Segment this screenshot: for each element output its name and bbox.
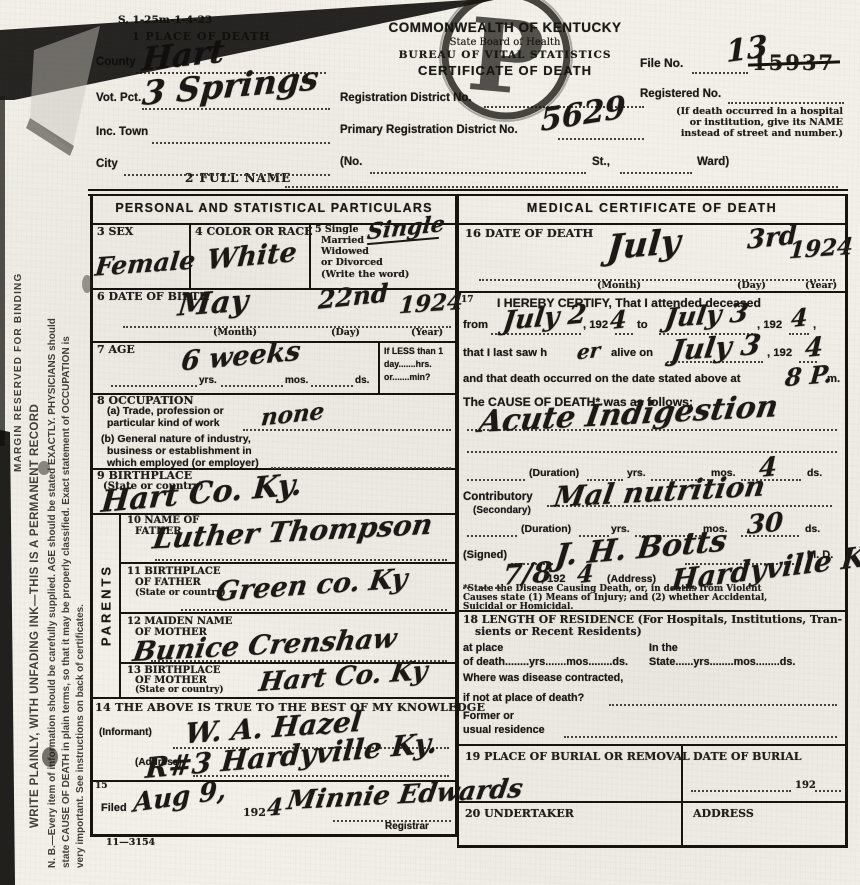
- bureau-subtitle: BUREAU OF VITAL STATISTICS: [352, 49, 658, 61]
- attended-to-year: 4: [791, 302, 809, 333]
- dotted-line: [155, 557, 447, 561]
- if-less-line2: day.......hrs.: [384, 359, 432, 369]
- filed-number: 15: [95, 781, 108, 791]
- occupation-a-line1: (a) Trade, profession or: [107, 405, 224, 417]
- dob-year-caption: (Year): [411, 327, 443, 338]
- date-of-birth-row: 6 DATE OF BIRTH (Month) (Day) (Year) May…: [93, 288, 455, 343]
- dotted-line: [815, 788, 841, 792]
- from-label: from: [463, 319, 488, 331]
- age-mos-label: mos.: [285, 375, 308, 386]
- in-the-label: In the: [649, 642, 678, 654]
- dod-label: 16 DATE OF DEATH: [465, 226, 593, 240]
- sex-value: Female: [94, 245, 197, 281]
- occupation-b-line2: business or establishment in: [107, 445, 252, 457]
- burial-date-label: DATE OF BURIAL: [693, 750, 802, 763]
- left-scan-edge-lower: [0, 430, 15, 885]
- secondary-label: (Secondary): [473, 505, 531, 516]
- dod-year-value: 1924: [788, 233, 854, 265]
- residence-label-line2: sients or Recent Residents): [475, 625, 642, 638]
- table-top-rule: [88, 189, 848, 196]
- death-occurred-label: and that death occurred on the date stat…: [463, 373, 740, 385]
- dob-month-value: May: [176, 283, 250, 323]
- sex-label: 3 SEX: [97, 225, 133, 238]
- registered-no-label: Registered No.: [640, 88, 721, 100]
- date-of-death-row: 16 DATE OF DEATH (Month) (Day) (Year) Ju…: [459, 223, 845, 293]
- left-scan-edge: [0, 96, 5, 446]
- undertaker-address-label: ADDRESS: [693, 807, 754, 820]
- margin-nb-line2: state CAUSE OF DEATH in plain terms, so …: [61, 336, 72, 868]
- ward-label: Ward): [697, 156, 729, 168]
- father-bp-label-line1: 11 BIRTHPLACE: [127, 566, 220, 577]
- state-units-line: State......yrs........mos........ds.: [649, 656, 795, 668]
- dotted-line: [311, 383, 353, 387]
- burial-date-cell: DATE OF BURIAL 192: [681, 744, 847, 801]
- dotted-line: [124, 172, 330, 176]
- mother-label-line1: 12 MAIDEN NAME: [127, 616, 232, 627]
- vot-pct-label: Vot. Pct.: [96, 92, 141, 104]
- parents-vertical-label: PARENTS: [99, 564, 114, 646]
- birthplace-row: 9 BIRTHPLACE (State or country) Hart Co.…: [93, 468, 455, 515]
- form-number: 11—3154: [106, 837, 155, 848]
- last-saw-label: that I last saw h: [463, 347, 547, 359]
- duration2-days-value: 30: [746, 507, 784, 540]
- race-value: White: [206, 237, 298, 276]
- where-contracted-label: Where was disease contracted,: [463, 672, 623, 684]
- burial-192: 192: [795, 780, 816, 791]
- personal-column: PERSONAL AND STATISTICAL PARTICULARS 3 S…: [90, 196, 457, 837]
- county-label: County: [96, 56, 136, 68]
- dotted-line: [467, 449, 837, 453]
- dotted-line: [111, 383, 197, 387]
- personal-title: PERSONAL AND STATISTICAL PARTICULARS: [93, 201, 455, 215]
- dob-day-caption: (Day): [331, 327, 360, 338]
- last-saw-pronoun: er: [576, 338, 602, 365]
- alive-on-label: alive on: [611, 347, 653, 359]
- age-ds-label: ds.: [355, 375, 369, 386]
- dod-month-value: July: [605, 222, 682, 269]
- medical-column: MEDICAL CERTIFICATE OF DEATH 16 DATE OF …: [457, 196, 848, 848]
- dotted-line: [609, 702, 837, 706]
- duration2-ds: ds.: [805, 523, 820, 535]
- death-time-value: 8 P.: [784, 359, 834, 392]
- medical-title: MEDICAL CERTIFICATE OF DEATH: [459, 201, 845, 215]
- corner-fold: [30, 26, 100, 150]
- dotted-line: [123, 324, 451, 328]
- death-certificate-scan: MARGIN RESERVED FOR BINDING WRITE PLAINL…: [0, 0, 860, 885]
- signed-label: (Signed): [463, 549, 507, 561]
- mother-name-row: 12 MAIDEN NAME OF MOTHER Bunice Crenshaw: [121, 614, 455, 664]
- dotted-line: [467, 477, 525, 481]
- margin-write-plainly-note: WRITE PLAINLY, WITH UNFADING INK—THIS IS…: [29, 404, 41, 828]
- dotted-line: [285, 184, 838, 188]
- dotted-line: [370, 170, 586, 174]
- father-name-row: 10 NAME OF FATHER Luther Thompson: [121, 513, 455, 564]
- dotted-line: [333, 818, 451, 822]
- inc-town-label: Inc. Town: [96, 126, 148, 138]
- from-192: , 192: [583, 319, 608, 331]
- father-birthplace-value: Green co. Ky: [214, 563, 409, 608]
- undertaker-label: 20 UNDERTAKER: [465, 807, 574, 820]
- sex-cell: 3 SEX Female: [93, 223, 191, 288]
- form-code: S. 1-25m-1-4-23: [118, 14, 212, 26]
- primary-registration-label: Primary Registration District No.: [340, 124, 518, 136]
- dod-year-caption: (Year): [805, 280, 837, 291]
- dotted-line: [558, 136, 644, 140]
- dotted-line: [728, 100, 844, 104]
- if-not-label: if not at place of death?: [463, 692, 584, 704]
- dotted-line: [152, 140, 330, 144]
- former-label: Former or: [463, 710, 514, 722]
- if-less-box: If LESS than 1 day.......hrs. or.......m…: [378, 341, 457, 393]
- dotted-line: [221, 383, 283, 387]
- margin-nb-line1: N. B.—Every item of information should b…: [47, 318, 58, 868]
- dob-year-value: 1924: [398, 288, 464, 320]
- occupation-row: 8 OCCUPATION (a) Trade, profession or pa…: [93, 393, 455, 470]
- primary-registration-value: 5629: [540, 89, 626, 139]
- file-no-handwritten: 13: [726, 29, 769, 70]
- street-number-label: (No.: [340, 156, 362, 168]
- attestation-row: 14 THE ABOVE IS TRUE TO THE BEST OF MY K…: [93, 697, 455, 782]
- father-bp-label-line3: (State or country): [135, 588, 226, 598]
- dod-day-caption: (Day): [737, 280, 766, 291]
- contributory-value: Mal nutrition: [552, 469, 768, 513]
- mother-birthplace-row: 13 BIRTHPLACE OF MOTHER (State or countr…: [121, 664, 455, 697]
- registrar-label: Registrar: [385, 821, 429, 832]
- undertaker-address-cell: ADDRESS: [681, 801, 847, 845]
- to-label: to: [637, 319, 648, 331]
- parents-label-cell: PARENTS: [93, 513, 121, 697]
- burial-place-label: 19 PLACE OF BURIAL OR REMOVAL: [465, 750, 690, 763]
- filed-label: Filed: [101, 802, 127, 814]
- contributory-label: Contributory: [463, 491, 533, 503]
- mother-bp-label-line3: (State or country): [135, 685, 224, 695]
- race-cell: 4 COLOR OR RACE White: [191, 223, 311, 288]
- occupation-b-line1: (b) General nature of industry,: [101, 433, 251, 445]
- marital-line-2: Married: [321, 235, 364, 246]
- dotted-line: [564, 734, 837, 738]
- sign-date-value: 7/8: [502, 555, 553, 592]
- dotted-line: [691, 788, 791, 792]
- margin-nb-line3: very important. See instructions on back…: [75, 604, 86, 868]
- duration1-ds: ds.: [807, 467, 822, 479]
- city-label: City: [96, 158, 118, 170]
- attended-from-year: 4: [610, 304, 628, 335]
- street-label: St.,: [592, 156, 610, 168]
- age-value: 6 weeks: [180, 336, 302, 378]
- age-yrs-label: yrs.: [199, 375, 217, 386]
- state-board-subtitle: State Board of Health: [352, 37, 658, 48]
- dotted-line: [181, 607, 447, 611]
- sex-race-marital-row: 3 SEX Female 4 COLOR OR RACE White 5 Sin…: [93, 223, 455, 290]
- sign-year-value: 4: [577, 558, 595, 589]
- corner-fold-edge: [26, 118, 74, 156]
- father-bp-label-line2: OF FATHER: [135, 577, 201, 588]
- registration-district-label: Registration District No.: [340, 92, 472, 104]
- from-line-comma: ,: [813, 319, 816, 331]
- marital-write-word: (Write the word): [321, 269, 409, 280]
- if-less-line3: or.......min?: [384, 372, 430, 382]
- saw-192: , 192: [767, 347, 792, 359]
- age-row: 7 AGE 6 weeks yrs. mos. ds. If LESS than…: [93, 341, 455, 395]
- marital-line-4: or Divorced: [321, 257, 383, 268]
- last-saw-date: July 3: [669, 328, 763, 368]
- age-label: 7 AGE: [97, 343, 135, 356]
- parents-group: PARENTS 10 NAME OF FATHER Luther Thompso…: [93, 513, 455, 699]
- if-less-line1: If LESS than 1: [384, 346, 443, 356]
- at-place-label: at place: [463, 642, 503, 654]
- dob-month-caption: (Month): [213, 327, 257, 338]
- occupation-a-line2: particular kind of work: [107, 417, 220, 429]
- race-label: 4 COLOR OR RACE: [195, 225, 312, 238]
- dotted-line: [479, 277, 835, 281]
- father-birthplace-row: 11 BIRTHPLACE OF FATHER (State or countr…: [121, 564, 455, 614]
- hospital-note: (If death occurred in a hospital or inst…: [668, 106, 843, 139]
- undertaker-row: 20 UNDERTAKER ADDRESS: [459, 801, 845, 845]
- dotted-line: [620, 170, 692, 174]
- dod-month-caption: (Month): [597, 280, 641, 291]
- usual-residence-label: usual residence: [463, 724, 545, 736]
- of-death-units-line: of death........yrs.......mos........ds.: [463, 656, 628, 668]
- commonwealth-title: COMMONWEALTH OF KENTUCKY: [352, 20, 658, 35]
- filed-row: 15 Filed Aug 9, 192 4 Minnie Edwards Reg…: [93, 780, 455, 834]
- informant-label: (Informant): [99, 727, 152, 738]
- duration2-caption: (Duration): [521, 523, 571, 535]
- dotted-line: [463, 585, 501, 589]
- certificate-title: CERTIFICATE OF DEATH: [352, 63, 658, 78]
- margin-binding-note: MARGIN RESERVED FOR BINDING: [13, 273, 24, 472]
- filed-year-hand: 4: [266, 793, 283, 822]
- file-no-label: File No.: [640, 56, 683, 70]
- marital-line-1: 5 Single: [315, 224, 359, 235]
- residence-block: 18 LENGTH OF RESIDENCE (For Hospitals, I…: [459, 610, 845, 746]
- dob-day-value: 22nd: [318, 278, 389, 315]
- certification-block: 17 I HEREBY CERTIFY, That I attended dec…: [459, 291, 845, 612]
- marital-line-3: Widowed: [321, 246, 369, 257]
- filed-year-printed: 192: [243, 806, 266, 819]
- dotted-line: [467, 533, 517, 537]
- duration1-caption: (Duration): [529, 467, 579, 479]
- dotted-line: [692, 70, 748, 74]
